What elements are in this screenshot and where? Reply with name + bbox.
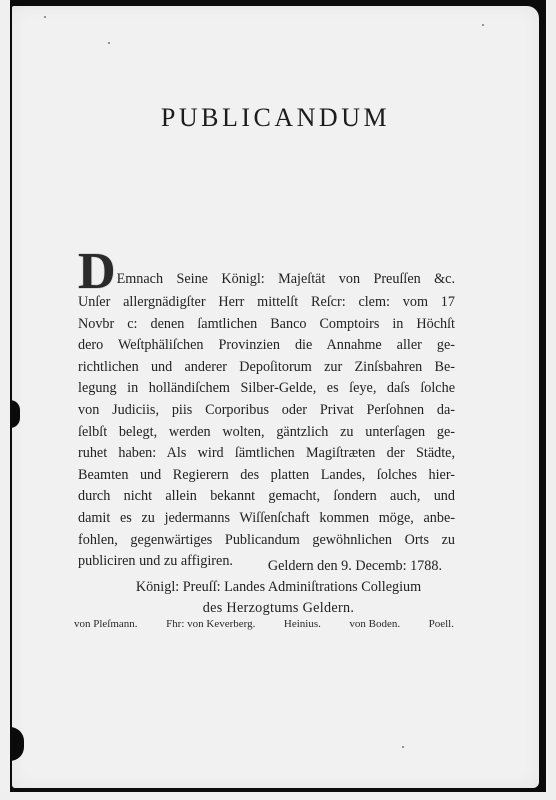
drop-cap: D [78, 252, 116, 292]
text-line: fohlen, gegenwärtiges Publicandum gewöhn… [78, 530, 455, 552]
text-line: dero Weſtphäliſchen Provinzien die Annah… [78, 335, 455, 357]
signer: Fhr: von Keverberg. [166, 618, 255, 630]
scan-margin-bottom [0, 792, 556, 800]
text-line: von Judiciis, piis Corporibus oder Priva… [78, 400, 455, 422]
date-line: Geldern den 9. Decemb: 1788. [12, 558, 442, 575]
signer: von Pleſmann. [74, 618, 138, 630]
text-line: Beamten und Regierern des platten Landes… [78, 465, 455, 487]
document-sheet: PUBLICANDUM D Emnach Seine Königl: Majeſ… [12, 6, 539, 788]
paper-speck [402, 746, 404, 748]
document-title: PUBLICANDUM [12, 103, 539, 133]
signer: von Boden. [349, 618, 400, 630]
paper-speck [108, 42, 110, 44]
first-line: D Emnach Seine Königl: Majeſtät von Preu… [78, 250, 455, 292]
text-line: ruhet haben: Als wird ſämtlichen Magiſtr… [78, 443, 455, 465]
text-line: ſelbſt belegt, werden wolten, gäntzlich … [78, 422, 455, 444]
issuing-authority: Königl: Preuſſ: Landes Adminiſtrations C… [12, 579, 539, 596]
scan-margin-left [0, 0, 10, 800]
signers-list: von Pleſmann. Fhr: von Keverberg. Heiniu… [74, 618, 454, 630]
scan-margin-right [548, 0, 556, 800]
text-line: legung in holländiſchem Silber-Gelde, es… [78, 378, 455, 400]
body-paragraph: D Emnach Seine Königl: Majeſtät von Preu… [78, 250, 455, 573]
text-line: damit es zu jedermanns Wiſſenſchaft komm… [78, 508, 455, 530]
text-line: Novbr c: denen ſamtlichen Banco Comptoir… [78, 314, 455, 336]
text-line: Unſer allergnädigſter Herr mittelſt Reſc… [78, 292, 455, 314]
signer: Poell. [429, 618, 454, 630]
paper-speck [44, 16, 46, 18]
first-line-text: Emnach Seine Königl: Majeſtät von Preuſſ… [117, 269, 455, 292]
paper-speck [482, 24, 484, 26]
signer: Heinius. [284, 618, 321, 630]
issuing-authority-duchy: des Herzogtums Geldern. [12, 600, 539, 617]
text-line: richtlichen und anderer Depoſitorum zur … [78, 357, 455, 379]
text-line: durch nicht allein bekannt gemacht, ſond… [78, 486, 455, 508]
